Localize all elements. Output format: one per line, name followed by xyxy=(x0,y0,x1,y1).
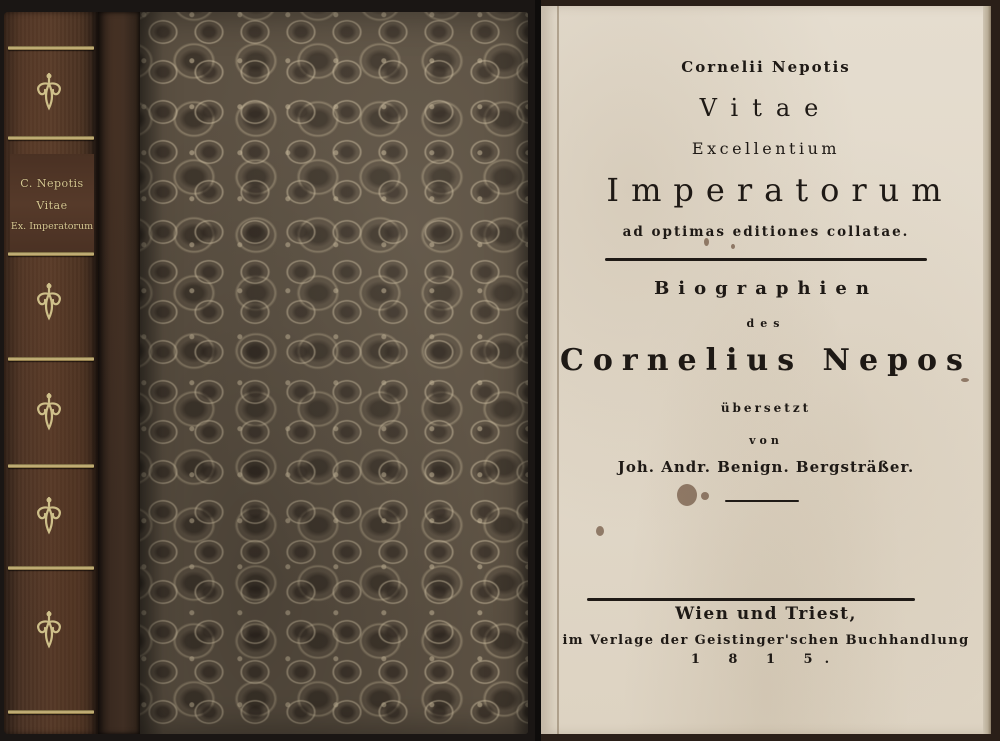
stain xyxy=(677,484,697,506)
horizontal-rule xyxy=(587,598,915,601)
spine-label-line1: C. Nepotis xyxy=(20,177,83,190)
translated-label: übersetzt xyxy=(541,401,991,415)
cover-shading xyxy=(140,12,528,734)
gilt-band xyxy=(8,252,94,256)
spine-label-line2: Vitae xyxy=(36,199,67,212)
gilt-band xyxy=(8,710,94,714)
book-cover-photo: C. Nepotis Vitae Ex. Imperatorum xyxy=(0,0,535,741)
gilt-band xyxy=(8,136,94,140)
title-page: Cornelii Nepotis Vitae Excellentium Impe… xyxy=(541,6,991,734)
stain xyxy=(704,238,709,246)
latin-title-imperatorum: Imperatorum xyxy=(555,171,1000,209)
book: C. Nepotis Vitae Ex. Imperatorum xyxy=(4,12,528,734)
gilt-band xyxy=(8,357,94,361)
latin-title-excellentium: Excellentium xyxy=(541,139,991,158)
fleuron-icon xyxy=(32,494,66,536)
gilt-band xyxy=(8,46,94,50)
latin-subtitle: ad optimas editiones collatae. xyxy=(541,224,991,240)
spine-label-line3: Ex. Imperatorum xyxy=(11,221,93,232)
publication-place: Wien und Triest, xyxy=(541,604,991,624)
gilt-band xyxy=(8,566,94,570)
translator-name: Joh. Andr. Benign. Bergsträßer. xyxy=(541,458,991,476)
latin-title-vitae: Vitae xyxy=(541,94,991,122)
german-des: des xyxy=(541,317,991,330)
stain xyxy=(961,378,969,382)
publisher: im Verlage der Geistinger'schen Buchhand… xyxy=(541,633,991,648)
book-spine: C. Nepotis Vitae Ex. Imperatorum xyxy=(4,12,98,734)
german-title: Biographien xyxy=(541,278,991,299)
latin-author: Cornelii Nepotis xyxy=(541,58,991,76)
title-page-photo: Cornelii Nepotis Vitae Excellentium Impe… xyxy=(541,0,1000,741)
fleuron-icon xyxy=(32,280,66,322)
stain xyxy=(701,492,709,500)
horizontal-rule xyxy=(605,258,927,261)
stain xyxy=(596,526,604,536)
fleuron-icon xyxy=(32,390,66,432)
fleuron-icon xyxy=(32,70,66,112)
stain xyxy=(731,244,735,249)
fleuron-icon xyxy=(32,608,66,650)
book-hinge xyxy=(98,12,140,734)
short-rule xyxy=(725,500,799,502)
by-label: von xyxy=(541,434,991,447)
gilt-band xyxy=(8,464,94,468)
german-author: Cornelius Nepos xyxy=(541,343,991,378)
publication-year: 1 8 1 5. xyxy=(541,652,991,667)
spine-title-label: C. Nepotis Vitae Ex. Imperatorum xyxy=(10,154,94,254)
